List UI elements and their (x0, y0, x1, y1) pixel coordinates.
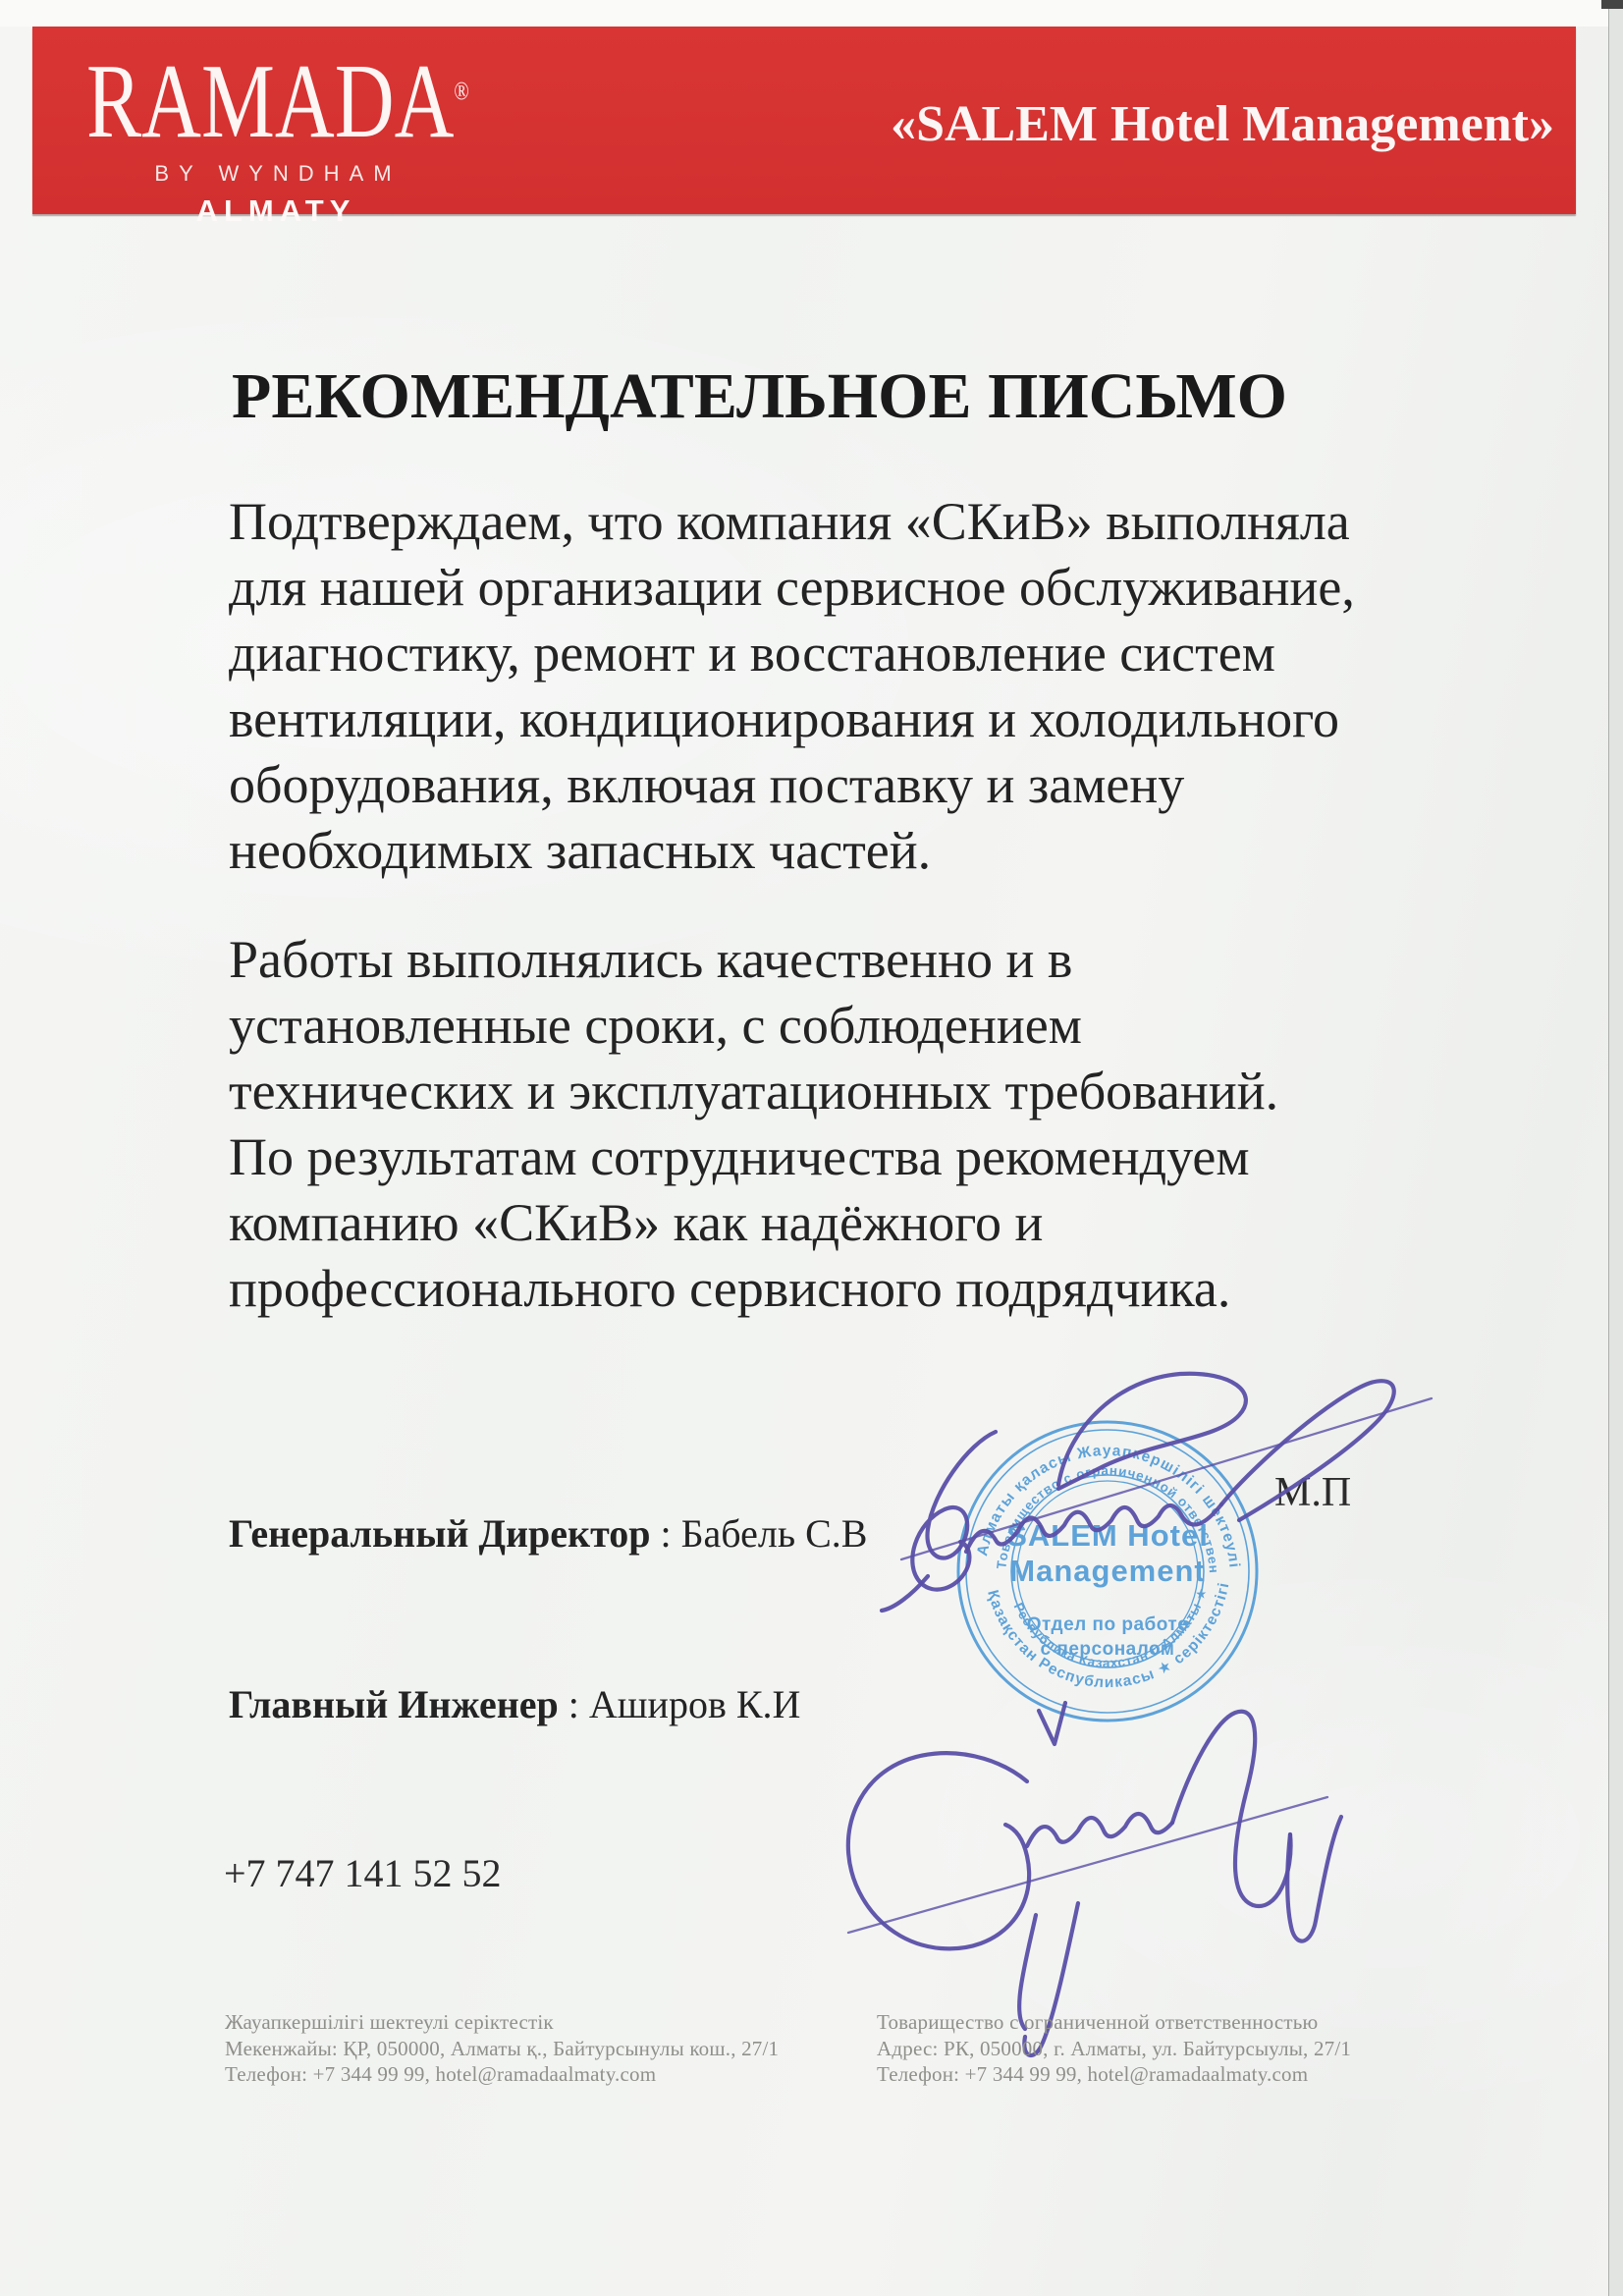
brand-wordmark: RAMADA® (86, 52, 469, 153)
registered-trademark-icon: ® (454, 77, 468, 105)
letter-paragraph-1: Подтверждаем, что компания «СКиВ» выполн… (229, 489, 1564, 884)
brand-city: ALMATY (86, 193, 460, 229)
management-company-name: «SALEM Hotel Management» (891, 95, 1554, 153)
engineer-signature-line: Главный Инженер : Аширов К.И (229, 1681, 800, 1727)
scanner-corner-artifact (1601, 0, 1623, 9)
ramada-logo: RAMADA® BY WYNDHAM ALMATY (86, 52, 577, 229)
brand-byline: BY WYNDHAM (86, 161, 460, 187)
director-signature-line: Генеральный Директор : Бабель С.В (229, 1510, 867, 1557)
header-banner: RAMADA® BY WYNDHAM ALMATY «SALEM Hotel M… (32, 27, 1576, 214)
signature-director (882, 1374, 1432, 1611)
director-role-label: Генеральный Директор (229, 1511, 650, 1556)
footer-company-info-kazakh: Жауапкершілігі шектеулі серіктестік Меке… (225, 2009, 779, 2088)
letter-title: РЕКОМЕНДАТЕЛЬНОЕ ПИСЬМО (232, 359, 1287, 434)
engineer-role-label: Главный Инженер (229, 1682, 559, 1726)
footer-company-info-russian: Товарищество с ограниченной ответственно… (877, 2009, 1351, 2088)
scan-right-edge (1608, 0, 1623, 2296)
handwritten-signatures (815, 1336, 1453, 2082)
engineer-name: : Аширов К.И (559, 1682, 801, 1726)
scan-top-margin (0, 0, 1623, 27)
letter-paragraph-2: Работы выполнялись качественно и в устан… (229, 927, 1564, 1322)
contact-phone: +7 747 141 52 52 (224, 1850, 502, 1896)
brand-name: RAMADA (86, 43, 454, 160)
signature-engineer (848, 1703, 1341, 2055)
